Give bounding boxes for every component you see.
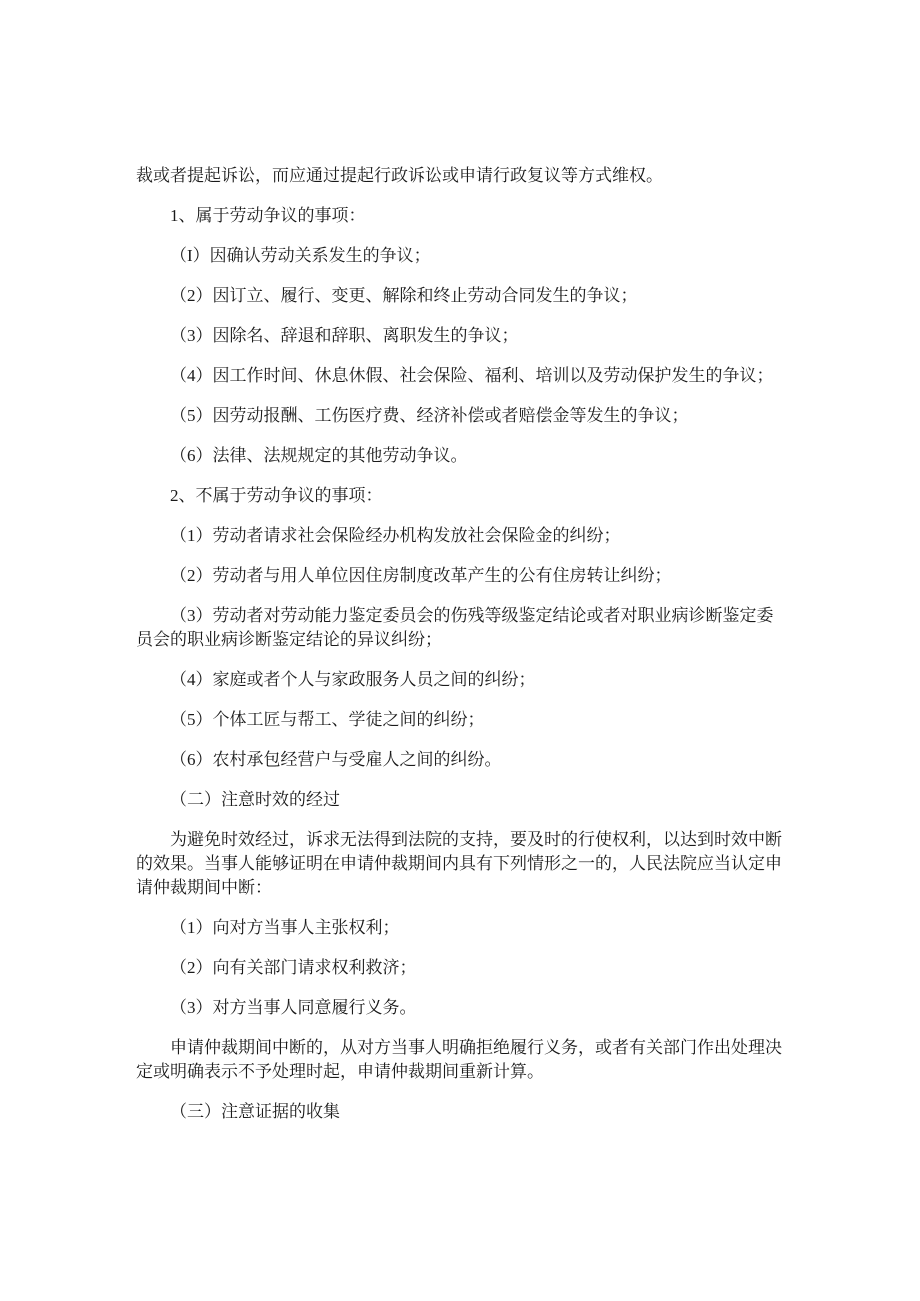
paragraph-3: （I）因确认劳动关系发生的争议； [136,244,800,268]
document-body: 裁或者提起诉讼，而应通过提起行政诉讼或申请行政复议等方式维权。1、属于劳动争议的… [136,164,800,1124]
paragraph-13: （4）家庭或者个人与家政服务人员之间的纠纷； [136,668,800,692]
paragraph-2: 1、属于劳动争议的事项： [136,204,800,228]
paragraph-22: （三）注意证据的收集 [136,1100,800,1124]
paragraph-4: （2）因订立、履行、变更、解除和终止劳动合同发生的争议； [136,284,800,308]
paragraph-14: （5）个体工匠与帮工、学徒之间的纠纷； [136,708,800,732]
paragraph-12: （3）劳动者对劳动能力鉴定委员会的伤残等级鉴定结论或者对职业病诊断鉴定委 员会的… [136,604,800,652]
paragraph-21: 申请仲裁期间中断的，从对方当事人明确拒绝履行义务，或者有关部门作出处理决 定或明… [136,1036,800,1084]
paragraph-16: （二）注意时效的经过 [136,788,800,812]
paragraph-10: （1）劳动者请求社会保险经办机构发放社会保险金的纠纷； [136,524,800,548]
paragraph-18: （1）向对方当事人主张权利； [136,916,800,940]
paragraph-20: （3）对方当事人同意履行义务。 [136,996,800,1020]
paragraph-9: 2、不属于劳动争议的事项： [136,484,800,508]
paragraph-19: （2）向有关部门请求权利救济； [136,956,800,980]
paragraph-1: 裁或者提起诉讼，而应通过提起行政诉讼或申请行政复议等方式维权。 [136,164,800,188]
paragraph-6: （4）因工作时间、休息休假、社会保险、福利、培训以及劳动保护发生的争议； [136,364,800,388]
paragraph-7: （5）因劳动报酬、工伤医疗费、经济补偿或者赔偿金等发生的争议； [136,404,800,428]
paragraph-11: （2）劳动者与用人单位因住房制度改革产生的公有住房转让纠纷； [136,564,800,588]
paragraph-8: （6）法律、法规规定的其他劳动争议。 [136,444,800,468]
paragraph-15: （6）农村承包经营户与受雇人之间的纠纷。 [136,748,800,772]
paragraph-5: （3）因除名、辞退和辞职、离职发生的争议； [136,324,800,348]
document-page: 裁或者提起诉讼，而应通过提起行政诉讼或申请行政复议等方式维权。1、属于劳动争议的… [0,0,920,1301]
paragraph-17: 为避免时效经过，诉求无法得到法院的支持，要及时的行使权利，以达到时效中断 的效果… [136,828,800,900]
